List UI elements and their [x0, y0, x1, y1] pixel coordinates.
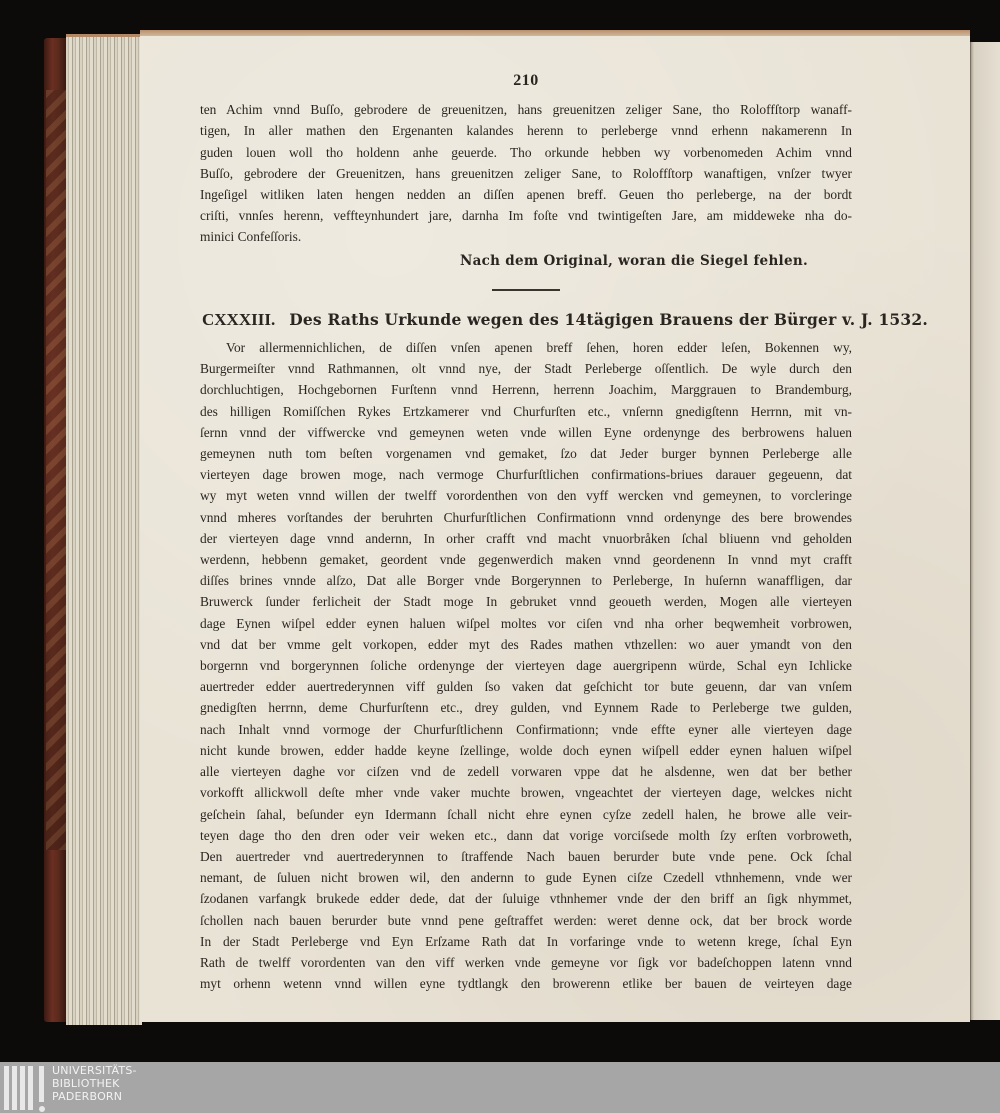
text-line: vierteyen dage browen moge, nach vermoge…	[200, 464, 852, 485]
logo-line: UNIVERSITÄTS-	[52, 1064, 137, 1077]
text-line: vnd dat ber vmme gelt vorkopen, edder my…	[200, 634, 852, 655]
text-line: werdenn, hebbenn gemaket, geordent vnde …	[200, 549, 852, 570]
text-line: In der Stadt Perleberge vnd Eyn Erſzame …	[200, 931, 852, 952]
text-line: ſernn vnnd der viffwercke vnd gemeynen w…	[200, 422, 852, 443]
logo-line: BIBLIOTHEK	[52, 1077, 137, 1090]
source-note: Nach dem Original, woran die Siegel fehl…	[200, 251, 852, 272]
text-line: teyen dage tho den dren oder veir weken …	[200, 825, 852, 846]
section-divider	[492, 289, 560, 291]
text-line: Burgermeiſter vnnd Rathmannen, olt vnnd …	[200, 358, 852, 379]
document-body: Vor allermennichlichen, de diſſen vnſen …	[200, 337, 852, 994]
text-line: ſchollen nach bauen berurder bute vnnd p…	[200, 910, 852, 931]
marbled-cover-pattern	[46, 90, 66, 850]
text-line: Rath de twelff vorordenten van den viff …	[200, 952, 852, 973]
text-line: ten Achim vnnd Buſſo, gebrodere de greue…	[200, 99, 852, 120]
text-line: vorkofft allickwoll deſte mher vnde vake…	[200, 782, 852, 803]
text-line: nemant, de ſuluen nicht browen wil, den …	[200, 867, 852, 888]
text-line: diſſes brines vnnde alſzo, Dat alle Borg…	[200, 570, 852, 591]
text-line: nicht kunde browen, edder hadde keyne ſz…	[200, 740, 852, 761]
text-line: Den auertreder vnd auertrederynnen to ſt…	[200, 846, 852, 867]
text-line: Ingeſigel witliken laten hengen nedden a…	[200, 184, 852, 205]
text-line: alle vierteyen daghe vor ciſzen vnd de z…	[200, 761, 852, 782]
library-logo-text: UNIVERSITÄTS- BIBLIOTHEK PADERBORN	[52, 1064, 137, 1103]
library-footer-bar: UNIVERSITÄTS- BIBLIOTHEK PADERBORN	[0, 1062, 1000, 1113]
text-line: borgernn vnd borgerynnen ſoliche ordenyn…	[200, 655, 852, 676]
text-line: auertreder edder auertrederynnen viff gu…	[200, 676, 852, 697]
text-line: Vor allermennichlichen, de diſſen vnſen …	[200, 337, 852, 358]
text-line: Buſſo, gebrodere der Greuenitzen, hans g…	[200, 163, 852, 184]
document-heading: CXXXIII. Des Raths Urkunde wegen des 14t…	[200, 309, 852, 330]
text-line: dorchluchtigen, Hochgebornen Furſtenn vn…	[200, 379, 852, 400]
text-line: minici Confeſſoris.	[200, 226, 852, 247]
text-line: nach Inhalt vnnd vormoge der Churfurſtli…	[200, 719, 852, 740]
library-logo-icon	[0, 1066, 46, 1112]
page-number: 210	[200, 70, 852, 91]
logo-line: PADERBORN	[52, 1090, 137, 1103]
text-line: tigen, In aller mathen den Ergenanten ka…	[200, 120, 852, 141]
text-line: guden louen woll tho holdenn anhe geuerd…	[200, 142, 852, 163]
text-line: Bruwerck ſunder ferlicheit der Stadt mog…	[200, 591, 852, 612]
document-number: CXXXIII.	[202, 309, 275, 330]
page-stack-edges	[66, 34, 142, 1025]
text-line: ſzodanen varfangk brukede edder dede, da…	[200, 888, 852, 909]
text-line: geſchein ſahal, beſunder eyn Idermann ſc…	[200, 804, 852, 825]
text-line: criſti, vnnſes herenn, veffteynhundert j…	[200, 205, 852, 226]
facing-page-edge	[970, 42, 1000, 1020]
text-line: der vierteyen dage vnnd andernn, In orhe…	[200, 528, 852, 549]
page-content: 210 ten Achim vnnd Buſſo, gebrodere de g…	[200, 70, 852, 994]
text-line: myt orhenn wetenn vnnd willen eyne tydtl…	[200, 973, 852, 994]
document-title: Des Raths Urkunde wegen des 14tägigen Br…	[289, 309, 928, 330]
text-line: gemeynen nuth tom beſten vorgenamen vnd …	[200, 443, 852, 464]
continued-paragraph: ten Achim vnnd Buſſo, gebrodere de greue…	[200, 99, 852, 247]
text-line: gnedigſten herrnn, deme Churfurſtenn etc…	[200, 697, 852, 718]
text-line: wy myt weten vnnd willen der twelff voro…	[200, 485, 852, 506]
text-line: vnnd mheres vorſtandes der beruhrten Chu…	[200, 507, 852, 528]
text-line: dage Eynen wiſpel edder eynen haluen wiſ…	[200, 613, 852, 634]
text-line: des hilligen Romiſſchen Rykes Ertzkamere…	[200, 401, 852, 422]
